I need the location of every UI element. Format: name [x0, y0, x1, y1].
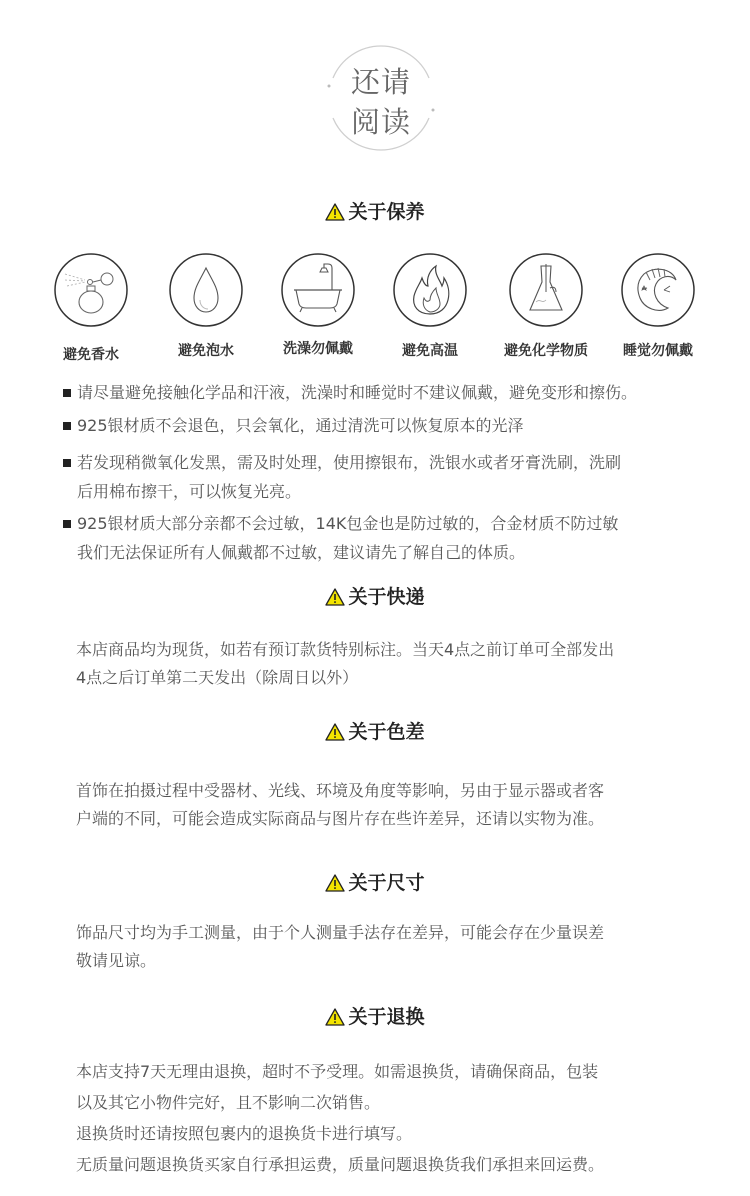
care-icons-row: 避免香水 避免泡水 洗澡勿佩戴 避免高温: [60, 252, 740, 362]
bullet-square-icon: [63, 459, 71, 467]
warning-icon: [325, 874, 345, 898]
care-title-text: 关于保养: [348, 201, 424, 223]
care-icon-label: 睡觉勿佩戴: [602, 340, 714, 360]
warning-icon: [325, 723, 345, 747]
water-drop-icon: [168, 252, 244, 328]
shipping-title-text: 关于快递: [348, 586, 424, 608]
read-notice-badge: 还请 阅读: [325, 42, 437, 154]
size-paragraph: 饰品尺寸均为手工测量，由于个人测量手法存在差异，可能会存在少量误差 敬请见谅。: [76, 919, 726, 975]
badge-line-2: 阅读: [325, 105, 437, 139]
moon-sleep-icon: [620, 252, 696, 328]
returns-title-text: 关于退换: [348, 1006, 424, 1028]
flask-icon: [508, 252, 584, 328]
size-title-text: 关于尺寸: [348, 872, 424, 894]
color-diff-section-title: 关于色差: [0, 720, 750, 747]
care-icon-label: 避免泡水: [150, 340, 262, 360]
care-icon-label: 避免化学物质: [490, 340, 602, 360]
size-section-title: 关于尺寸: [0, 871, 750, 898]
care-icon-water: 避免泡水: [150, 252, 262, 360]
bullet-square-icon: [63, 520, 71, 528]
warning-icon: [325, 588, 345, 612]
care-icon-label: 避免高温: [374, 340, 486, 360]
care-icon-perfume: 避免香水: [35, 252, 147, 364]
care-section-title: 关于保养: [0, 200, 750, 227]
returns-paragraph: 本店支持7天无理由退换，超时不予受理。如需退换货，请确保商品，包装 以及其它小物…: [76, 1056, 726, 1180]
shipping-paragraph: 本店商品均为现货，如若有预订款货特别标注。当天4点之前订单可全部发出 4点之后订…: [76, 636, 726, 692]
bullet-square-icon: [63, 389, 71, 397]
care-bullet: 925银材质不会退色，只会氧化，通过清洗可以恢复原本的光泽: [60, 411, 740, 440]
bullet-square-icon: [63, 422, 71, 430]
badge-line-1: 还请: [325, 65, 437, 99]
care-icon-label: 洗澡勿佩戴: [262, 338, 374, 358]
shipping-section-title: 关于快递: [0, 585, 750, 612]
care-icon-bath: 洗澡勿佩戴: [262, 252, 374, 358]
care-icon-sleep: 睡觉勿佩戴: [602, 252, 714, 360]
perfume-icon: [53, 252, 129, 328]
care-bullet: 请尽量避免接触化学品和汗液，洗澡时和睡觉时不建议佩戴，避免变形和擦伤。: [60, 378, 740, 407]
care-icon-label: 避免香水: [35, 344, 147, 364]
color-diff-paragraph: 首饰在拍摄过程中受器材、光线、环境及角度等影响，另由于显示器或者客 户端的不同，…: [76, 777, 726, 833]
bathtub-icon: [280, 252, 356, 328]
care-icon-chemical: 避免化学物质: [490, 252, 602, 360]
care-icon-heat: 避免高温: [374, 252, 486, 360]
care-bullet: 925银材质大部分亲都不会过敏，14K包金也是防过敏的，合金材质不防过敏 我们无…: [60, 509, 740, 567]
care-bullet: 若发现稍微氧化发黑，需及时处理，使用擦银布，洗银水或者牙膏洗刷，洗刷 后用棉布擦…: [60, 448, 740, 506]
warning-icon: [325, 203, 345, 227]
flame-icon: [392, 252, 468, 328]
color-diff-title-text: 关于色差: [348, 721, 424, 743]
warning-icon: [325, 1008, 345, 1032]
returns-section-title: 关于退换: [0, 1005, 750, 1032]
